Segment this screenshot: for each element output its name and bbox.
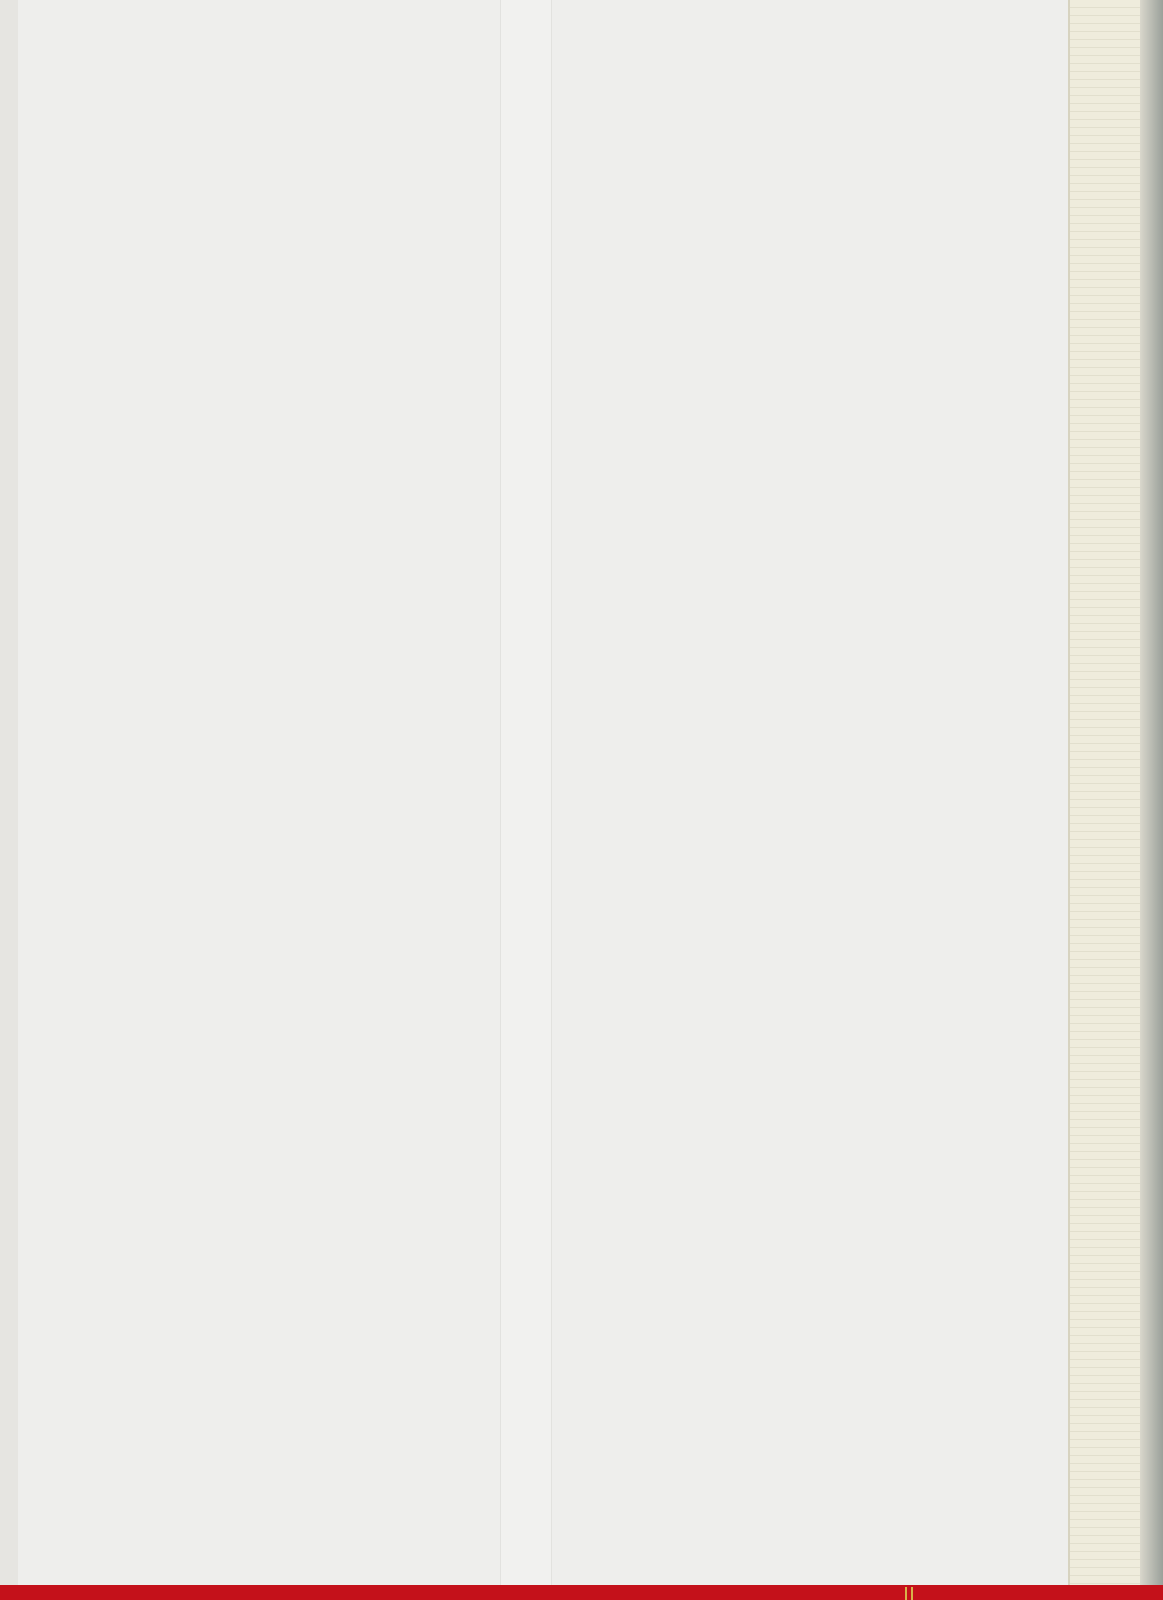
page-left-edge	[0, 0, 18, 1585]
album-cover-edge	[0, 1585, 1163, 1600]
album-spine	[1068, 0, 1150, 1585]
album-page	[0, 0, 1070, 1585]
cover-mark	[905, 1587, 907, 1600]
page-center-gutter	[500, 0, 552, 1585]
cover-mark	[911, 1587, 913, 1600]
spine-shadow	[1140, 0, 1163, 1600]
